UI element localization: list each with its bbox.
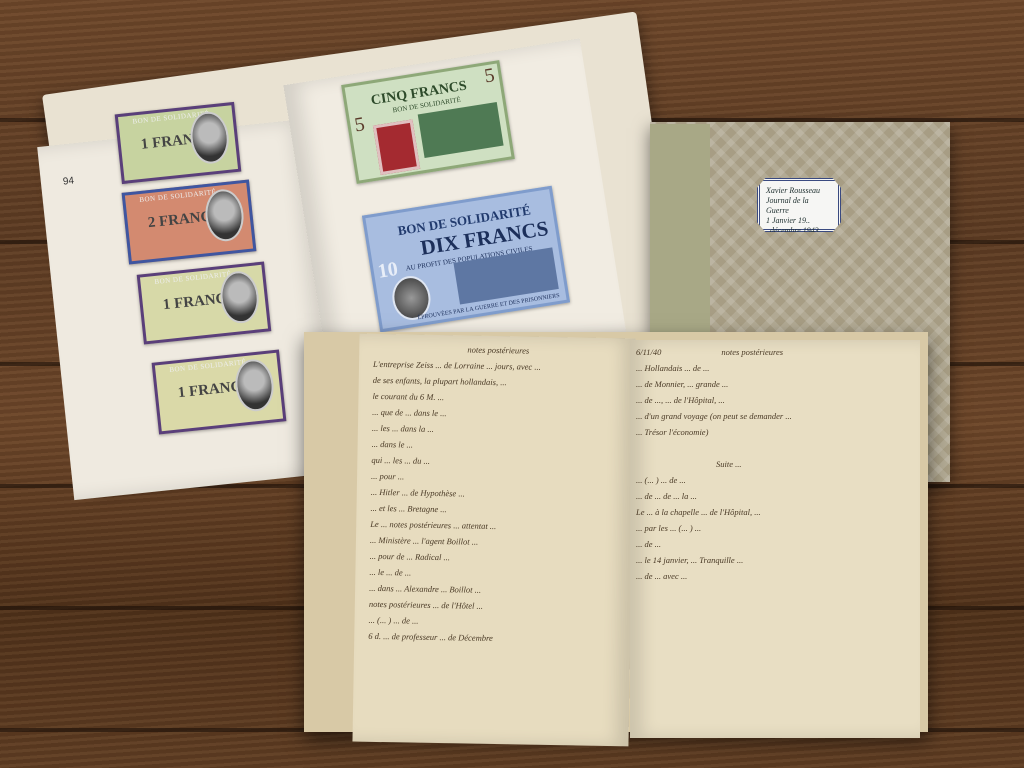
numeral: 5 [483,64,496,88]
note-header: BON DE SOLIDARITÉ [154,270,232,286]
text-line: ... d'un grand voyage (on peut se demand… [636,408,906,424]
label-line: Xavier Rousseau [766,186,832,196]
text-line: ... de Monnier, ... grande ... [636,376,906,392]
numeral: 10 [376,258,399,284]
notebook-right-page: 6/11/40notes postérieures ... Hollandais… [630,340,920,738]
text-line: ... Hollandais ... de ... [636,360,906,376]
vignette-image [418,102,504,158]
entry-date: 6/11/40 [636,344,661,360]
portrait-icon [373,119,420,175]
label-line: 1 Janvier 19.. [766,216,832,226]
text-line: ... de ..., ... de l'Hôpital, ... [636,392,906,408]
numeral: 5 [353,113,366,137]
note-value: 1 FRANC [162,291,227,315]
note-header: BON DE SOLIDARITÉ [169,358,247,374]
banknote-1-franc: BON DE SOLIDARITÉ 1 FRANC [115,102,242,184]
text-line: ... de ... avec ... [636,568,906,584]
text-line: 6 d. ... de professeur ... de Décembre [368,628,618,648]
banknote-1-franc: BON DE SOLIDARITÉ 1 FRANC [137,262,272,345]
text-line: ... (... ) ... de ... [636,472,906,488]
note-header: BON DE SOLIDARITÉ [139,188,217,204]
page-heading: notes postérieures [721,344,783,360]
text-line [636,440,906,456]
text-line: ... de ... de ... la ... [636,488,906,504]
banknote-1-franc: BON DE SOLIDARITÉ 1 FRANC [152,350,287,435]
text-line: ... par les ... (... ) ... [636,520,906,536]
portrait-icon [233,357,276,413]
portrait-icon [203,187,246,243]
portrait-icon [218,269,261,325]
text-line: ... de ... [636,536,906,552]
handwriting-block: notes postérieures L'entreprise Zeiss ..… [368,340,623,648]
banknote-2-francs: BON DE SOLIDARITÉ 2 FRANCS [122,180,257,265]
note-value: 1 FRANC [177,379,242,403]
portrait-icon [188,110,231,166]
text-line: ... Trésor l'économie) [636,424,906,440]
text-line: Le ... à la chapelle ... de l'Hôpital, .… [636,504,906,520]
handwriting-block: 6/11/40notes postérieures ... Hollandais… [636,344,906,584]
journal-label: Xavier Rousseau Journal de la Guerre 1 J… [757,178,841,232]
text-line: Suite ... [636,456,906,472]
text-line: ... le 14 janvier, ... Tranquille ... [636,552,906,568]
notebook-left-page: notes postérieures L'entreprise Zeiss ..… [352,334,635,747]
label-line: Journal de la Guerre [766,196,832,216]
page-number-left: 94 [62,175,74,187]
